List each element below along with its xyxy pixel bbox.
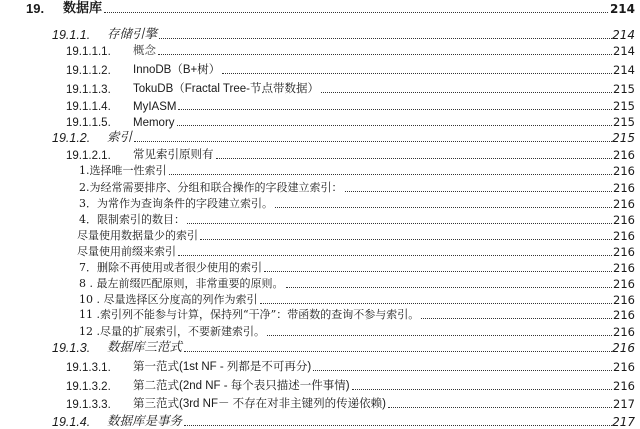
entry-number: 19.1.3.1. <box>66 362 111 374</box>
dot-leader <box>267 334 612 336</box>
entry-number: 19.1.4. <box>52 415 90 429</box>
dot-leader <box>134 140 612 142</box>
entry-number: 19.1.3. <box>52 341 90 355</box>
entry-page: 215 <box>612 131 635 145</box>
dot-leader <box>275 206 612 208</box>
entry-page: 216 <box>613 277 635 291</box>
dot-leader <box>178 254 612 256</box>
entry-title: 数据库是事务 <box>107 411 182 429</box>
dot-leader <box>187 222 612 224</box>
toc-entry-item[interactable]: 1.选择唯一性索引 216 <box>0 162 640 178</box>
entry-page: 216 <box>613 308 635 322</box>
dot-leader <box>421 317 612 319</box>
entry-page: 217 <box>612 415 635 429</box>
entry-title: Memory <box>133 117 175 129</box>
entry-page: 216 <box>613 213 635 227</box>
entry-page: 214 <box>613 44 635 58</box>
entry-number: 19.1.2.1. <box>66 150 111 162</box>
entry-title: 8 . 最左前缀匹配原则，非常重要的原则。 <box>79 275 284 291</box>
toc-entry-item[interactable]: 4．限制索引的数目： 216 <box>0 211 640 227</box>
entry-number: 19.1.2. <box>52 131 90 145</box>
dot-leader <box>178 108 612 110</box>
entry-page: 215 <box>613 99 635 113</box>
entry-title: 10 . 尽量选择区分度高的列作为索引 <box>79 291 258 307</box>
dot-leader <box>345 190 612 192</box>
entry-page: 216 <box>613 325 635 339</box>
toc-entry-subsection[interactable]: 19.1.1.4. MyIASM 215 <box>0 97 640 113</box>
entry-number: 19. <box>26 1 44 16</box>
toc-entry-item[interactable]: 2.为经常需要排序、分组和联合操作的字段建立索引： 216 <box>0 179 640 195</box>
toc-entry-subsection[interactable]: 19.1.2.1. 常见索引原则有 216 <box>0 146 640 162</box>
dot-leader <box>313 369 612 371</box>
toc-entry-section[interactable]: 19.1.2. 索引 215 <box>0 129 640 145</box>
entry-number: 19.1.3.2. <box>66 381 111 393</box>
entry-title: MyIASM <box>133 101 176 113</box>
entry-page: 215 <box>613 82 635 96</box>
entry-title: 1.选择唯一性索引 <box>79 162 167 178</box>
dot-leader <box>184 350 612 352</box>
toc-entry-item[interactable]: 8 . 最左前缀匹配原则，非常重要的原则。 216 <box>0 275 640 291</box>
entry-page: 215 <box>613 115 635 129</box>
entry-title: TokuDB（Fractal Tree-节点带数据） <box>133 80 319 96</box>
dot-leader <box>159 37 612 39</box>
toc-entry-subsection[interactable]: 19.1.1.5. Memory 215 <box>0 113 640 129</box>
entry-page: 214 <box>610 2 635 16</box>
entry-title: 第一范式(1st NF - 列都是不可再分) <box>133 358 311 374</box>
toc-entry-section[interactable]: 19.1.4. 数据库是事务 217 <box>0 413 640 429</box>
entry-page: 216 <box>613 197 635 211</box>
toc-entry-item[interactable]: 尽量使用数据量少的索引 216 <box>0 227 640 243</box>
entry-page: 216 <box>613 245 635 259</box>
entry-number: 19.1.1.2. <box>66 65 111 77</box>
dot-leader <box>158 53 612 55</box>
dot-leader <box>200 238 612 240</box>
dot-leader <box>260 302 612 304</box>
dot-leader <box>169 173 612 175</box>
entry-title: 第二范式(2nd NF - 每个表只描述一件事情) <box>133 377 350 393</box>
entry-title: 尽量使用前缀来索引 <box>77 243 176 259</box>
toc-entry-subsection[interactable]: 19.1.3.2. 第二范式(2nd NF - 每个表只描述一件事情) 216 <box>0 377 640 393</box>
entry-page: 216 <box>612 341 635 355</box>
entry-number: 19.1.1.1. <box>66 46 111 58</box>
toc-entry-item[interactable]: 3．为常作为查询条件的字段建立索引。 216 <box>0 195 640 211</box>
dot-leader <box>388 406 612 408</box>
entry-title: 概念 <box>133 42 156 58</box>
entry-title: 常见索引原则有 <box>133 146 214 162</box>
entry-page: 216 <box>613 229 635 243</box>
toc-entry-section[interactable]: 19.1.3. 数据库三范式 216 <box>0 339 640 355</box>
toc-entry-subsection[interactable]: 19.1.1.1. 概念 214 <box>0 42 640 58</box>
toc-entry-subsection[interactable]: 19.1.1.3. TokuDB（Fractal Tree-节点带数据） 215 <box>0 80 640 96</box>
entry-title: 尽量使用数据量少的索引 <box>77 227 198 243</box>
entry-page: 216 <box>613 261 635 275</box>
toc-entry-section[interactable]: 19.1.1. 存储引擎 214 <box>0 26 640 42</box>
dot-leader <box>352 388 612 390</box>
entry-title: 索引 <box>107 127 132 145</box>
entry-page: 217 <box>613 397 635 411</box>
dot-leader <box>184 424 612 426</box>
entry-number: 19.1.1. <box>52 28 90 42</box>
entry-page: 214 <box>612 28 635 42</box>
toc-entry-subsection[interactable]: 19.1.1.2. InnoDB（B+树） 214 <box>0 61 640 77</box>
entry-title: 第三范式(3rd NF－ 不存在对非主键列的传递依赖) <box>133 395 386 411</box>
dot-leader <box>286 286 612 288</box>
entry-title: 7．删除不再使用或者很少使用的索引 <box>79 259 262 275</box>
entry-number: 19.1.1.5. <box>66 117 111 129</box>
entry-page: 216 <box>613 360 635 374</box>
dot-leader <box>222 72 612 74</box>
entry-title: 4．限制索引的数目： <box>79 211 185 227</box>
dot-leader <box>104 11 608 13</box>
entry-number: 19.1.1.3. <box>66 84 111 96</box>
entry-page: 216 <box>613 181 635 195</box>
entry-page: 216 <box>613 293 635 307</box>
entry-title: 2.为经常需要排序、分组和联合操作的字段建立索引： <box>79 179 343 195</box>
entry-page: 216 <box>613 379 635 393</box>
entry-page: 216 <box>613 148 635 162</box>
toc-entry-subsection[interactable]: 19.1.3.1. 第一范式(1st NF - 列都是不可再分) 216 <box>0 358 640 374</box>
dot-leader <box>177 124 612 126</box>
dot-leader <box>216 157 612 159</box>
toc-entry-chapter[interactable]: 19. 数据库 214 <box>0 0 640 16</box>
entry-page: 214 <box>613 63 635 77</box>
entry-number: 19.1.3.3. <box>66 399 111 411</box>
toc-entry-item[interactable]: 11 .索引列不能参与计算，保持列“干净”：带函数的查询不参与索引。 216 <box>0 306 640 322</box>
entry-title: InnoDB（B+树） <box>133 61 220 77</box>
toc-entry-subsection[interactable]: 19.1.3.3. 第三范式(3rd NF－ 不存在对非主键列的传递依赖) 21… <box>0 395 640 411</box>
entry-title: 数据库三范式 <box>107 337 182 355</box>
entry-number: 19.1.1.4. <box>66 101 111 113</box>
entry-title: 数据库 <box>63 0 102 16</box>
entry-page: 216 <box>613 164 635 178</box>
dot-leader <box>321 91 612 93</box>
entry-title: 11 .索引列不能参与计算，保持列“干净”：带函数的查询不参与索引。 <box>79 306 419 322</box>
toc-entry-item[interactable]: 7．删除不再使用或者很少使用的索引 216 <box>0 259 640 275</box>
toc-entry-item[interactable]: 12 .尽量的扩展索引，不要新建索引。 216 <box>0 323 640 339</box>
dot-leader <box>264 270 612 272</box>
entry-title: 3．为常作为查询条件的字段建立索引。 <box>79 195 273 211</box>
toc-entry-item[interactable]: 10 . 尽量选择区分度高的列作为索引 216 <box>0 291 640 307</box>
entry-title: 存储引擎 <box>107 24 157 42</box>
toc-entry-item[interactable]: 尽量使用前缀来索引 216 <box>0 243 640 259</box>
